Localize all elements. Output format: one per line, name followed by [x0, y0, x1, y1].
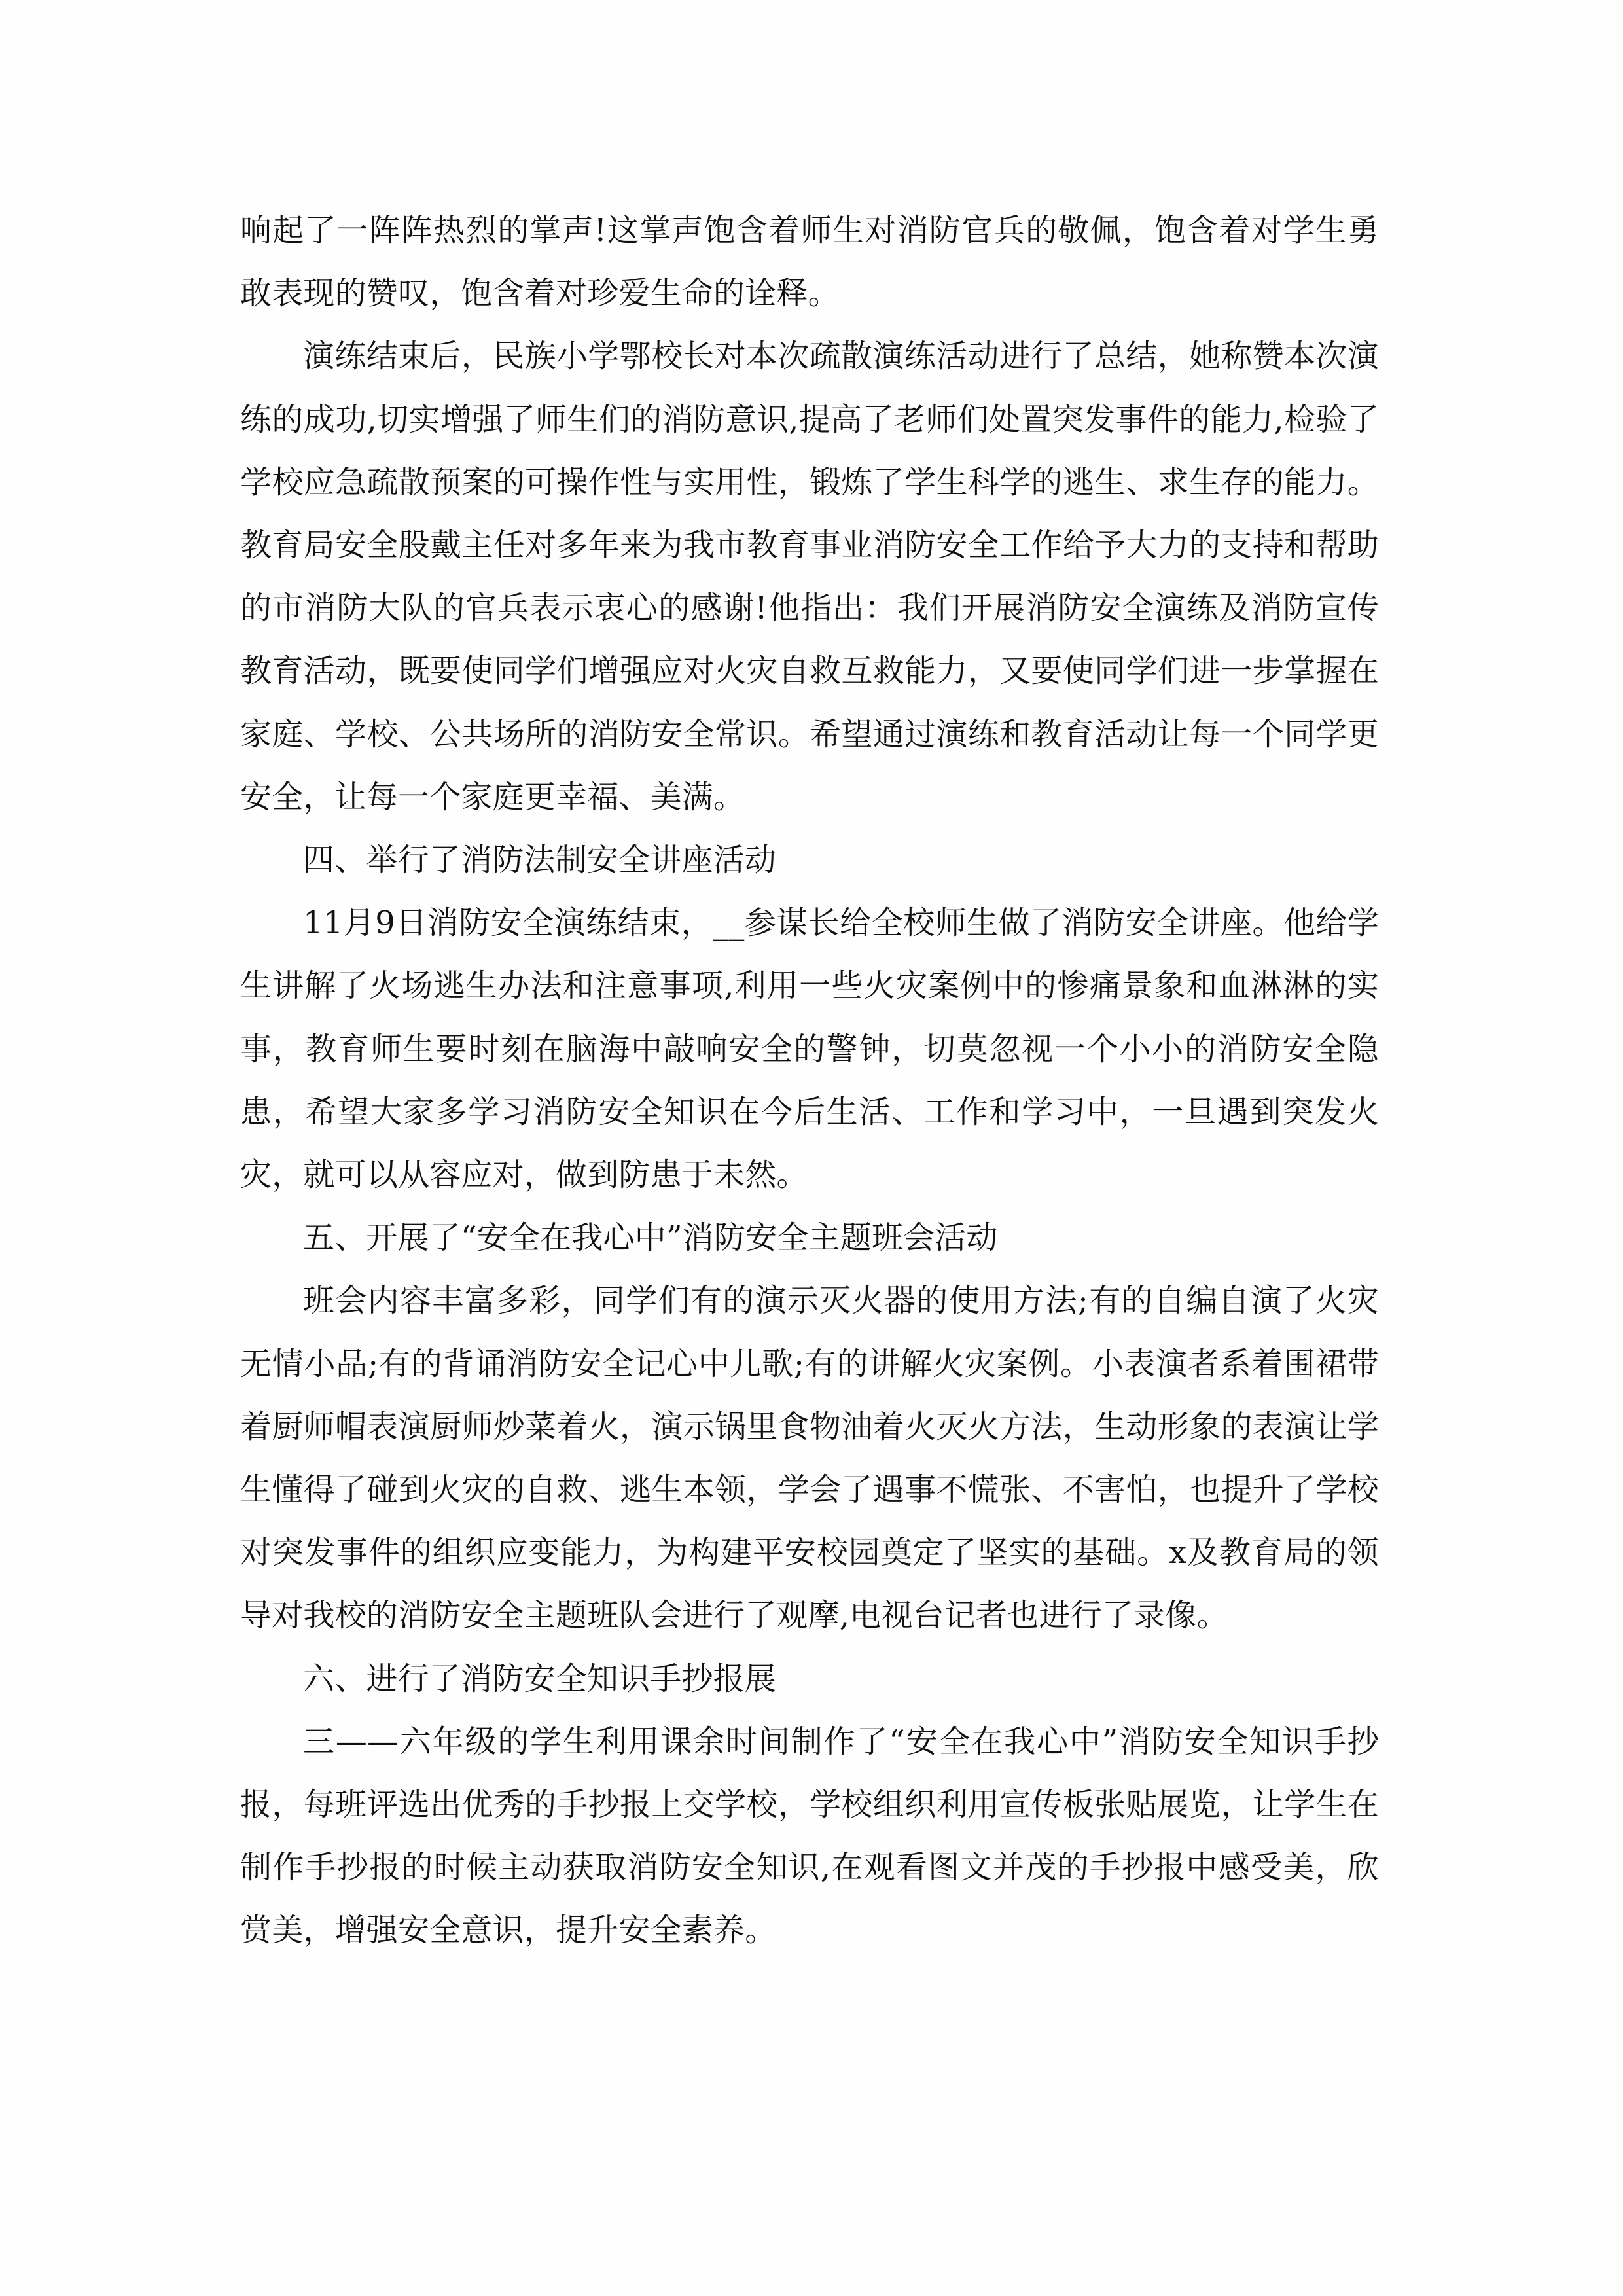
- section-heading-four: 四、举行了消防法制安全讲座活动: [240, 829, 1379, 891]
- paragraph-handwritten-newspaper: 三——六年级的学生利用课余时间制作了“安全在我心中”消防安全知识手抄报，每班评选…: [240, 1710, 1379, 1962]
- document-page: 响起了一阵阵热烈的掌声!这掌声饱含着师生对消防官兵的敬佩，饱含着对学生勇敢表现的…: [240, 199, 1379, 1962]
- section-heading-five: 五、开展了“安全在我心中”消防安全主题班会活动: [240, 1206, 1379, 1269]
- paragraph-class-meeting: 班会内容丰富多彩，同学们有的演示灭火器的使用方法;有的自编自演了火灾无情小品;有…: [240, 1269, 1379, 1647]
- paragraph-lecture: 11月9日消防安全演练结束，__参谋长给全校师生做了消防安全讲座。他给学生讲解了…: [240, 891, 1379, 1206]
- paragraph-drill-summary: 演练结束后，民族小学鄂校长对本次疏散演练活动进行了总结，她称赞本次演练的成功,切…: [240, 325, 1379, 829]
- paragraph-applause-continued: 响起了一阵阵热烈的掌声!这掌声饱含着师生对消防官兵的敬佩，饱含着对学生勇敢表现的…: [240, 199, 1379, 325]
- section-heading-six: 六、进行了消防安全知识手抄报展: [240, 1647, 1379, 1710]
